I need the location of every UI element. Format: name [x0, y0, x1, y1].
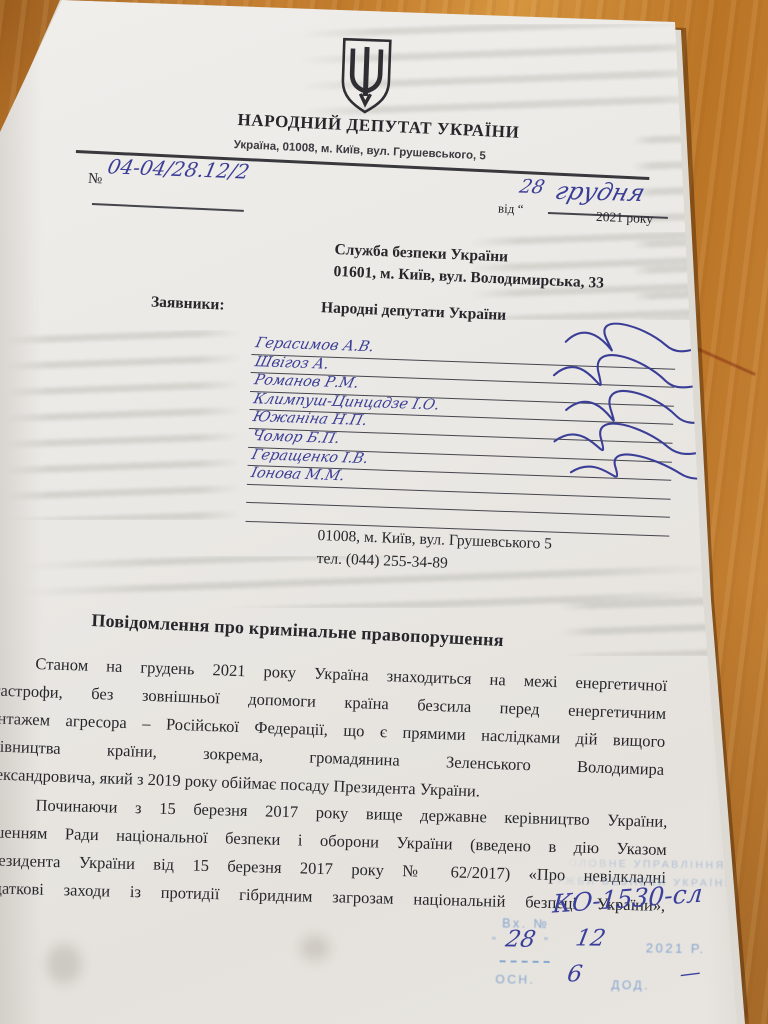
- stamp-dod-label: ДОД.: [611, 978, 650, 993]
- stamp-day: 28: [503, 926, 537, 952]
- stamp-dod-value: —: [678, 960, 702, 986]
- stamp-month: 12: [573, 925, 607, 951]
- applicants-label: Заявники:: [151, 293, 225, 314]
- date-year: 2021 року: [596, 209, 654, 227]
- signature-name: Романов Р.М.: [252, 372, 360, 392]
- date-day-handwritten: 28: [517, 176, 547, 199]
- signature-name: Іонова М.М.: [249, 465, 346, 484]
- stamp-year: 2021 Р.: [646, 940, 706, 956]
- sender-address-block: 01008, м. Київ, вул. Грушевського 5 тел.…: [316, 524, 552, 579]
- ref-number-label: №: [88, 171, 103, 189]
- stamp-org-line1: ГОЛОВНЕ УПРАВЛІННЯ: [561, 857, 726, 871]
- stamp-quote-open: “: [492, 934, 499, 948]
- stamp-quote-close: ”: [544, 935, 551, 949]
- ref-number-value: 04-04/28.12/2: [105, 154, 251, 183]
- wood-scratch: [696, 347, 756, 376]
- paper-smudge: [46, 944, 82, 984]
- stamp-osn-value: 6: [565, 961, 584, 987]
- date-prefix: від “: [498, 200, 524, 217]
- signature-name: Южаніна Н.П.: [251, 410, 369, 430]
- paragraph-1: Станом на грудень 2021 року Україна знах…: [0, 648, 668, 812]
- ref-number-underline: [92, 203, 244, 211]
- stamp-osn-label: ОСН.: [495, 972, 535, 987]
- paper-sheet: НАРОДНИЙ ДЕПУТАТ УКРАЇНИ Україна, 01008,…: [0, 0, 768, 1024]
- signature-name: Швігоз А.: [253, 354, 331, 372]
- stamp-dash-underline: [500, 960, 550, 963]
- signature-name: Чомор Б.П.: [251, 428, 342, 447]
- signature-name: Геращенко І.В.: [250, 447, 370, 467]
- paper-smudge: [300, 935, 330, 961]
- date-month-handwritten: грудня: [552, 177, 648, 207]
- document-title: Повідомлення про кримінальне правопоруше…: [91, 610, 504, 651]
- signature-name: Герасимов А.В.: [254, 335, 376, 355]
- stamp-block: ГОЛОВНЕ УПРАВЛІННЯ СЛУЖБИ БЕЗПЕКИ УКРАЇН…: [489, 854, 753, 1018]
- bleed-through-text: [6, 330, 241, 520]
- coat-of-arms-icon: [335, 35, 398, 122]
